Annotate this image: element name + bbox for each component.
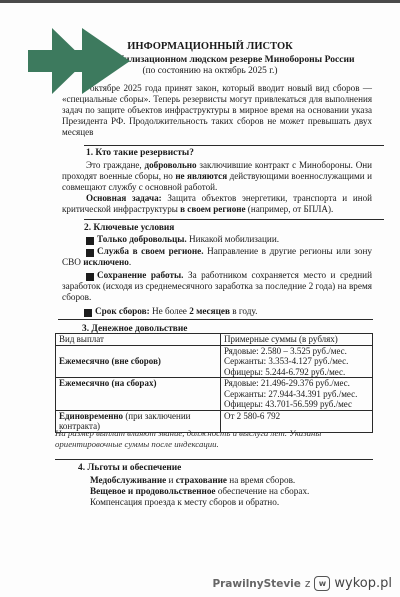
checkbox-checked-icon: ✔ — [86, 273, 94, 281]
text: Никакой мобилизации. — [187, 234, 279, 244]
section-4-heading: 4. Льготы и обеспечение — [78, 463, 181, 473]
amount-line: Офицеры: 43.701-56.599 руб./мес — [224, 399, 369, 410]
payment-type: Ежемесячно (на сборах) — [56, 378, 221, 411]
benefit-item: Вещевое и продовольственное обеспечение … — [90, 486, 309, 497]
checkbox-checked-icon: ✔ — [86, 237, 94, 245]
condition-item: ✔Только добровольцы. Никакой мобилизации… — [62, 234, 372, 245]
divider — [84, 145, 384, 146]
amount-line: Сержанты: 27.944-34.391 руб./мес. — [224, 389, 369, 400]
table-row: Ежемесячно (на сборах) Рядовые: 21.496-2… — [56, 378, 373, 411]
table-footnote: На размер выплат влияют звание, должност… — [55, 428, 375, 450]
watermark-footer: PrawilnyStevie z w wykop.pl — [212, 576, 392, 591]
benefit-item: Медобслуживание и страхование на время с… — [90, 475, 295, 486]
condition-item: ✔Служба в своем регионе. Направление в д… — [62, 246, 372, 268]
column-header: Вид выплат — [56, 334, 221, 346]
text: на время сборов. — [227, 475, 295, 485]
checkbox-checked-icon: ✔ — [84, 309, 92, 317]
amount-line: Рядовые: 21.496-29.376 руб./мес. — [224, 378, 369, 389]
emphasis: добровольно — [145, 160, 197, 170]
joiner-text: z — [305, 578, 311, 590]
payment-type: Ежемесячно (вне сборов) — [56, 345, 221, 378]
divider — [58, 319, 373, 320]
emphasis: исключено — [83, 257, 129, 267]
emphasis: не являются — [175, 171, 227, 181]
amount-line: Рядовые: 2.580 – 3.525 руб./мес. — [224, 346, 369, 357]
payment-amounts: Рядовые: 21.496-29.376 руб./мес. Сержант… — [221, 378, 373, 411]
emphasis: 2 месяцев — [189, 306, 230, 316]
section-2-heading: 2. Ключевые условия — [84, 223, 174, 233]
site-name[interactable]: wykop.pl — [334, 576, 392, 591]
scanned-document: ИНФОРМАЦИОННЫЙ ЛИСТОК мобилизационном лю… — [0, 0, 400, 597]
payment-table: Вид выплат Примерные суммы (в рублях) Еж… — [55, 333, 373, 433]
document-subtitle: мобилизационном людском резерве Миноборо… — [108, 54, 378, 65]
checkbox-checked-icon: ✔ — [86, 249, 94, 257]
label: Основная задача: — [86, 193, 162, 203]
text: Это граждане, — [86, 160, 145, 170]
amount-line: Офицеры: 5.244-6.792 руб./мес. — [224, 367, 369, 378]
condition-item: ✔Срок сборов: Не более 2 месяцев в году. — [62, 306, 372, 317]
text: (например, от БПЛА). — [246, 204, 334, 214]
column-header: Примерные суммы (в рублях) — [221, 334, 373, 346]
text: и — [166, 475, 176, 485]
wykop-logo-icon: w — [314, 576, 330, 591]
table-row: Ежемесячно (вне сборов) Рядовые: 2.580 –… — [56, 345, 373, 378]
label: страхование — [176, 475, 227, 485]
label: Единовременно — [59, 411, 123, 421]
amount-line: Сержанты: 3.353-4.127 руб./мес. — [224, 356, 369, 367]
label: Вещевое и продовольственное — [90, 486, 216, 496]
emphasis: в своем регионе — [180, 204, 245, 214]
condition-item: ✔Сохранение работы. За работником сохран… — [62, 270, 372, 303]
author-name[interactable]: PrawilnyStevie — [212, 578, 300, 590]
double-arrow-right-icon — [28, 28, 132, 94]
text: . — [129, 257, 131, 267]
text: Не более — [150, 306, 190, 316]
benefit-item: Компенсация проезда к месту сборов и обр… — [90, 497, 279, 508]
label: Служба в своем регионе. — [97, 246, 204, 256]
payment-amounts: Рядовые: 2.580 – 3.525 руб./мес. Сержант… — [221, 345, 373, 378]
section-1-main-task: Основная задача: Защита объектов энергет… — [62, 193, 372, 215]
section-1-heading: 1. Кто такие резервисты? — [86, 148, 194, 158]
divider — [55, 459, 373, 460]
amount-line: От 2 580-6 792 — [224, 411, 369, 422]
section-1-paragraph: Это граждане, добровольно заключившие ко… — [62, 160, 372, 193]
label: Медобслуживание — [90, 475, 166, 485]
text: в году. — [230, 306, 257, 316]
text: обеспечение на сборах. — [216, 486, 310, 496]
label: Только добровольцы. — [97, 234, 187, 244]
label: Срок сборов: — [95, 306, 150, 316]
divider — [84, 219, 384, 220]
label: Сохранение работы. — [97, 270, 183, 280]
table-header-row: Вид выплат Примерные суммы (в рублях) — [56, 334, 373, 346]
